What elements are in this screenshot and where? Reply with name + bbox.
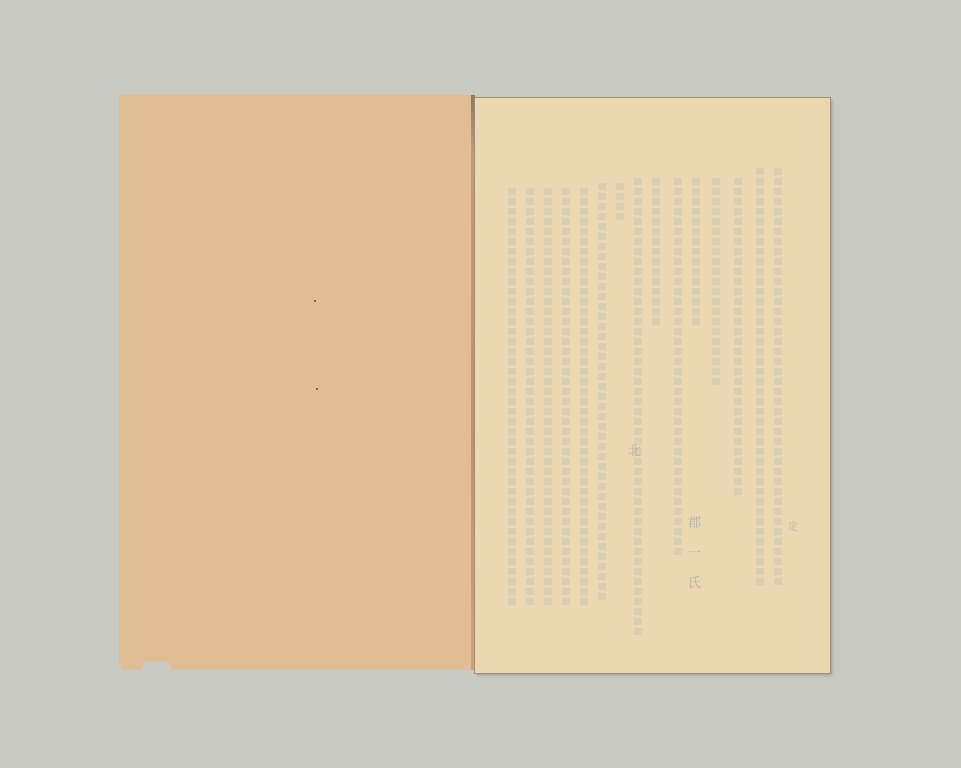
- glyph: 郡: [688, 512, 701, 531]
- text-column: [544, 188, 552, 608]
- text-column: [734, 178, 742, 498]
- text-column: [616, 183, 624, 223]
- text-column: [526, 188, 534, 608]
- text-column: [580, 188, 588, 608]
- text-column: [756, 168, 764, 588]
- glyph: 一: [688, 542, 701, 561]
- text-column: [692, 178, 700, 328]
- right-text-page: [475, 98, 830, 673]
- text-column: [712, 178, 720, 388]
- text-column: [562, 188, 570, 608]
- text-column: [674, 178, 682, 558]
- glyph: 北: [628, 440, 641, 459]
- glyph: 氏: [688, 572, 701, 591]
- text-column: [634, 178, 642, 638]
- paper-spot: [314, 300, 316, 302]
- paper-spot: [316, 388, 318, 390]
- glyph: 定: [788, 518, 798, 533]
- text-column: [652, 178, 660, 328]
- text-column: [598, 183, 606, 603]
- text-column: [774, 168, 782, 588]
- left-blank-page: [119, 95, 473, 670]
- text-column: [508, 188, 516, 608]
